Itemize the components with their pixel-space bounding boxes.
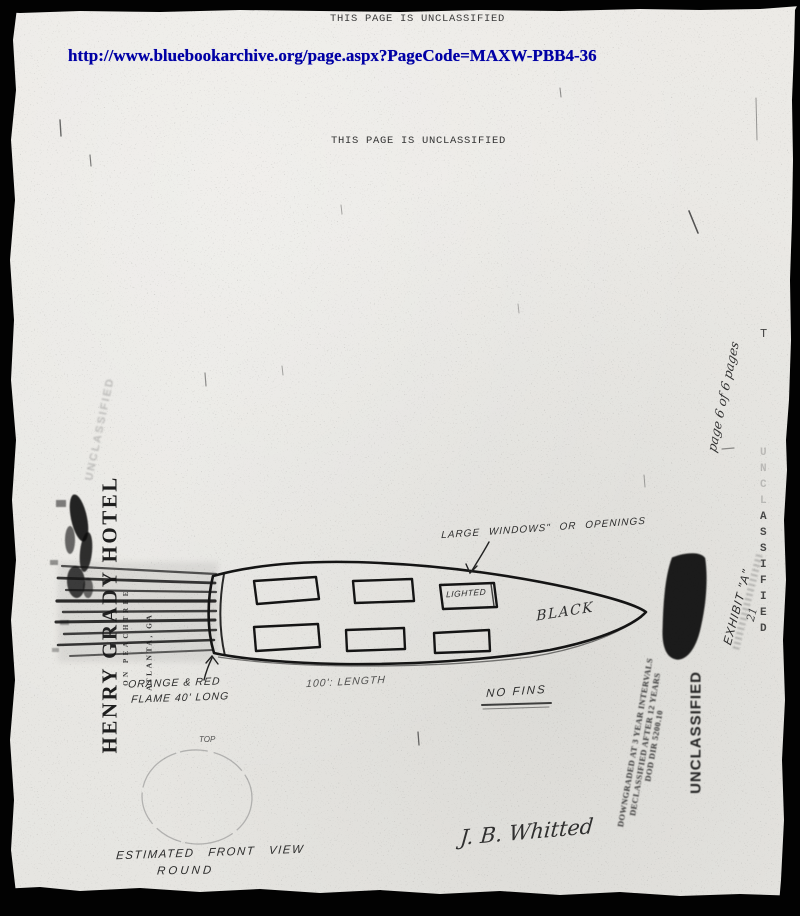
round-label: ROUND	[156, 864, 214, 877]
top-direction-label: TOP	[199, 735, 215, 744]
edge-unclassified-letters: U N C L A S S I F I E D	[760, 445, 767, 637]
archive-url-text: http://www.bluebookarchive.org/page.aspx…	[68, 46, 597, 66]
unclassified-stamp-vertical: UNCLASSIFIED	[688, 663, 705, 803]
page-unclassified-line: THIS PAGE IS UNCLASSIFIED	[331, 135, 506, 147]
scanned-document-page: { "meta": { "title_bar": "THIS PAGE IS U…	[0, 0, 800, 916]
letterhead-hotel-name: HENRY GRADY HOTEL	[98, 494, 123, 754]
stray-letter-t: T	[760, 327, 767, 341]
top-unclassified-line: THIS PAGE IS UNCLASSIFIED	[330, 13, 505, 25]
